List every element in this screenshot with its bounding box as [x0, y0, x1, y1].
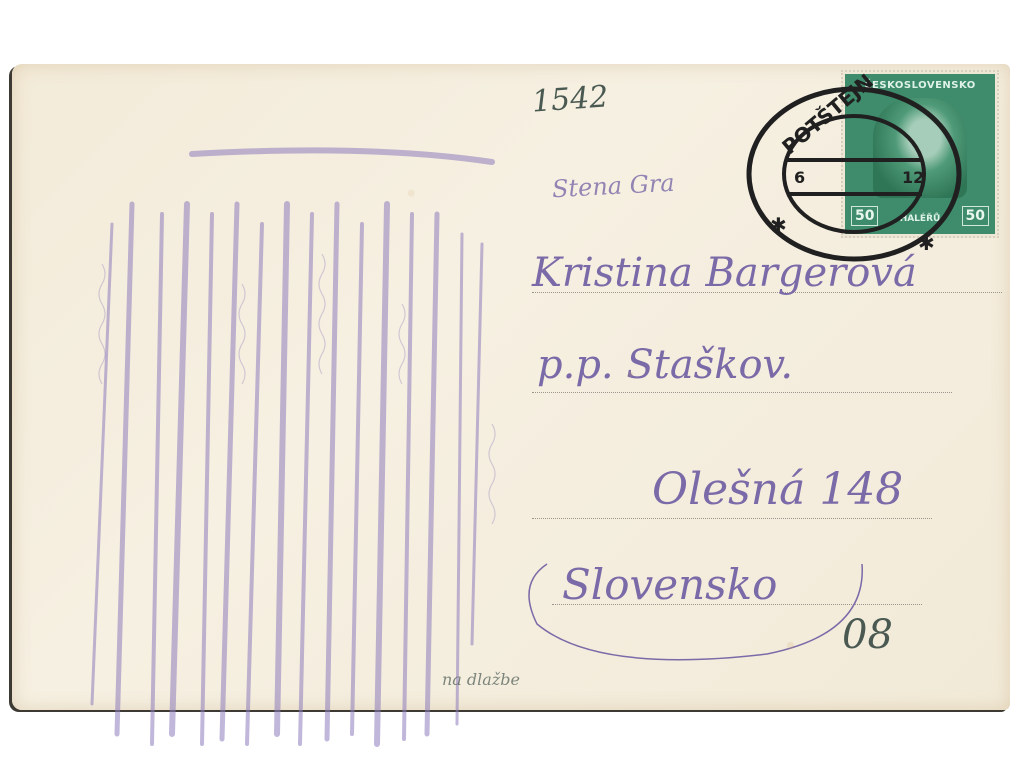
- postmark-town: POTŠTEJN: [777, 69, 878, 159]
- corner-mark: 08: [842, 612, 893, 658]
- address-line-4: [552, 604, 922, 605]
- crossed-out-message: [72, 144, 512, 754]
- stamp-country: ČESKOSLOVENSKO: [851, 80, 989, 91]
- postmark-date-left: 6: [794, 168, 805, 187]
- postage-stamp: ČESKOSLOVENSKO 50 HALÉŘŮ 50: [845, 74, 995, 234]
- svg-text:✱: ✱: [770, 213, 787, 237]
- postmark: ✱ ✱ POTŠTEJN 6 12: [742, 82, 972, 272]
- stamp-currency: HALÉŘŮ: [845, 214, 995, 224]
- country-oval-mark: [517, 544, 877, 674]
- bottom-note: na dlažbe: [442, 670, 520, 689]
- post-office: p.p. Staškov.: [537, 342, 793, 388]
- sender-note: Stena Gra: [551, 169, 675, 203]
- reference-number: 1542: [531, 79, 610, 119]
- stamp-portrait: [873, 98, 967, 198]
- village: Olešná 148: [652, 464, 903, 515]
- recipient-name: Kristina Bargerová: [532, 250, 917, 296]
- postmark-date-right: 12: [902, 168, 924, 187]
- address-line-1: [532, 292, 1002, 293]
- address-line-3: [532, 518, 932, 519]
- svg-text:✱: ✱: [918, 231, 935, 255]
- stamp-value-right: 50: [962, 206, 989, 226]
- address-line-2: [532, 392, 952, 393]
- postcard: 1542 Stena Gra Kristina Bargerová p.p. S…: [12, 64, 1010, 710]
- stamp-value-left: 50: [851, 206, 878, 226]
- country: Slovensko: [562, 560, 777, 609]
